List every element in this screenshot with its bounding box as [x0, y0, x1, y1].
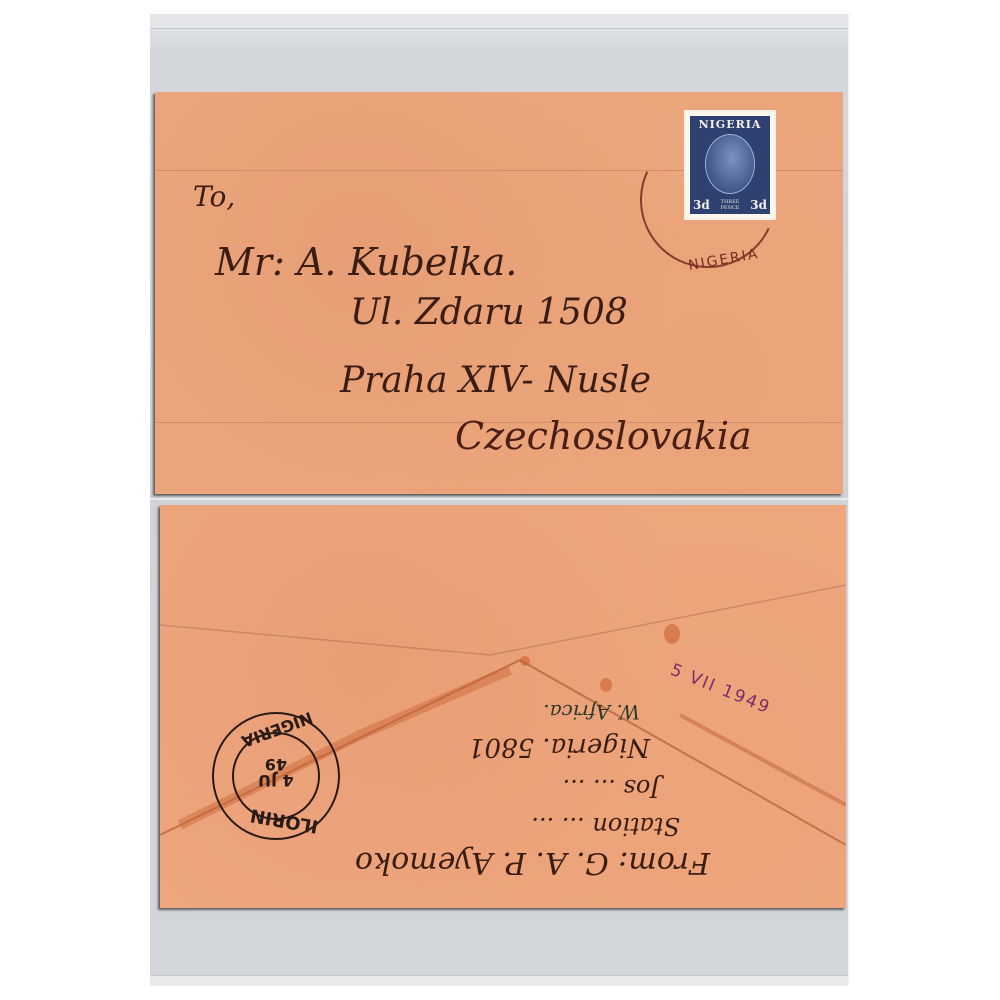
ink-stain [664, 624, 680, 644]
stamp-denomination-words: THREE PENCE [712, 199, 748, 211]
postage-stamp: NIGERIA 3d THREE PENCE 3d [684, 110, 776, 220]
stamp-country: NIGERIA [699, 118, 762, 131]
address-city: Praha XIV- Nusle [340, 360, 651, 401]
stamp-denomination-left: 3d [693, 198, 710, 212]
sender-line5: W. Africa. [543, 700, 640, 724]
sender-name: From: G. A. P. Ayemoko [355, 845, 710, 880]
sleeve-bottom-lip [150, 975, 848, 986]
address-country: Czechoslovakia [455, 414, 752, 458]
sender-line4: Nigeria. 5801 [468, 732, 650, 762]
address-street: Ul. Zdaru 1508 [350, 292, 628, 333]
sender-line2: Station ... ... [531, 812, 680, 840]
stamp-denomination-right: 3d [750, 198, 767, 212]
sleeve-divider [150, 498, 848, 500]
king-portrait-icon [705, 134, 755, 194]
address-salutation: To, [193, 180, 235, 213]
stamp-design: NIGERIA 3d THREE PENCE 3d [690, 116, 770, 214]
sleeve-top-lip [150, 14, 848, 29]
sender-address-block: From: G. A. P. Ayemoko Station ... ... J… [270, 660, 710, 880]
address-recipient: Mr: A. Kubelka. [215, 240, 517, 284]
sender-line3: Jos ... ... [563, 774, 660, 802]
